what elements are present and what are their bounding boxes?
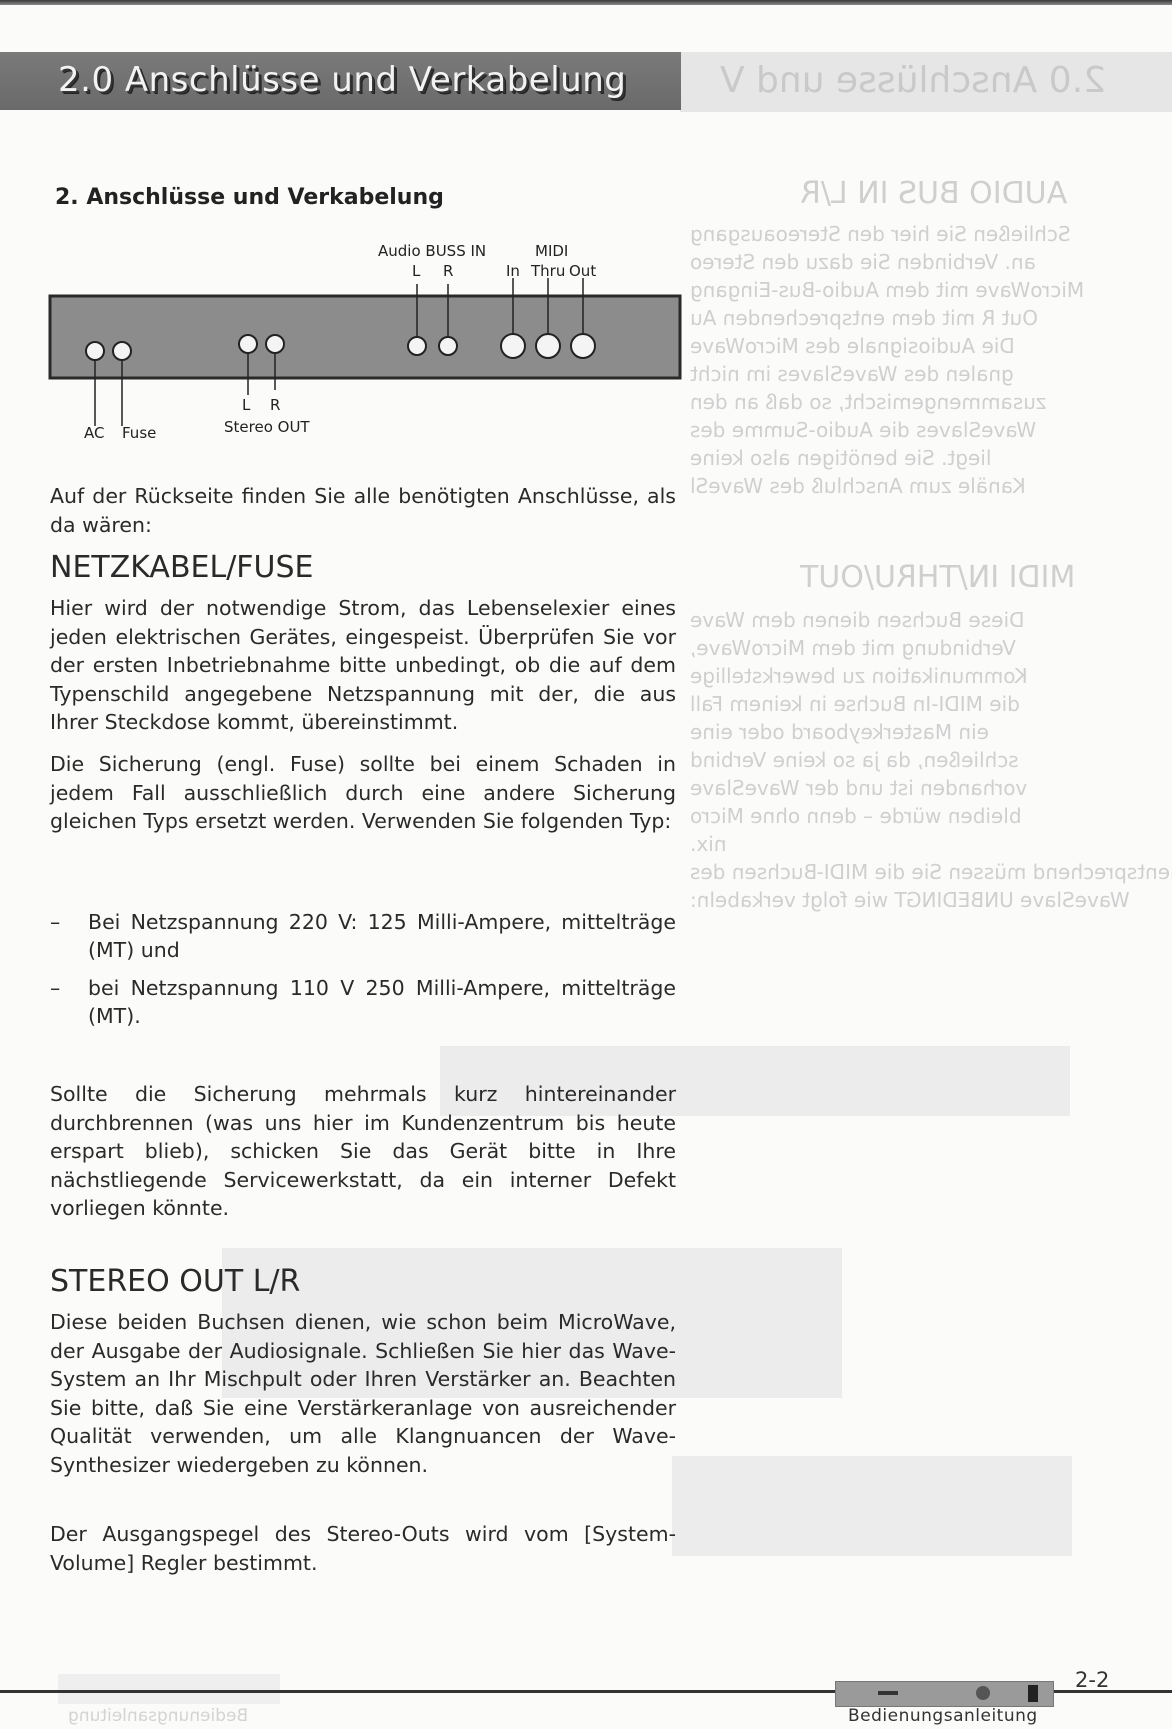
stereo-out-r-jack	[266, 335, 284, 353]
ghost-footer-label: Bedienungsanleitung	[68, 1706, 248, 1726]
label-audio-buss-in: Audio BUSS IN	[378, 242, 486, 260]
ghost-line: MicroWave mit dem Audio-Bus-Eingang	[690, 278, 1084, 302]
ghost-line: gnalen des WaveSlaves im nicht	[690, 362, 1014, 386]
midi-thru-jack	[536, 334, 560, 358]
label-audio-l: L	[412, 262, 420, 280]
ghost-line: schließen, da ja so keine Verbind	[690, 748, 1019, 772]
fuse-holder	[113, 342, 131, 360]
label-stereo-r: R	[270, 396, 280, 414]
ghost-line: Verbindung mit dem MicroWave,	[690, 636, 1016, 660]
label-midi-in: In	[506, 262, 520, 280]
footer-rule	[1052, 1690, 1172, 1693]
ghost-line: Diese Buchsen dienen dem Wave	[690, 608, 1024, 632]
ac-socket	[86, 342, 104, 360]
bullet-text: bei Netzspannung 110 V 250 Milli-Ampere,…	[88, 974, 676, 1030]
ghost-line: WaveSlave UNBEDINGT wie folgt verkabeln:	[690, 888, 1130, 912]
midi-out-jack	[571, 334, 595, 358]
chapter-title: 2.0 Anschlüsse und Verkabelung	[58, 60, 626, 100]
ghost-line: zusammengemischt, so daß an den	[690, 390, 1046, 414]
rear-panel-diagram: Audio BUSS IN L R MIDI In Thru Out L R S…	[48, 240, 688, 440]
ghost-heading-audio-bus: AUDIO BUS IN L/R	[800, 176, 1067, 211]
heading-netzkabel-fuse: NETZKABEL/FUSE	[50, 550, 314, 585]
top-rule	[0, 0, 1172, 5]
page-number: 2-2	[1075, 1668, 1109, 1692]
ghost-line: bleiben würde – denn ohne Micro	[690, 804, 1022, 828]
footer-rule	[0, 1690, 835, 1693]
label-midi-thru: Thru	[531, 262, 565, 280]
bullet-text: Bei Netzspannung 220 V: 125 Milli-Ampere…	[88, 908, 676, 964]
ghost-line: nix.	[690, 832, 726, 856]
paragraph-output-level: Der Ausgangspegel des Stereo-Outs wird v…	[50, 1520, 676, 1577]
audio-buss-in-l-jack	[408, 337, 426, 355]
ghost-line: Dementsprechend müssen Sie die MIDI-Buch…	[690, 860, 1172, 884]
footer-device-image	[835, 1681, 1054, 1707]
ghost-line: Kommunikation zu bewerkstellige	[690, 664, 1028, 688]
intro-paragraph: Auf der Rückseite finden Sie alle benöti…	[50, 482, 676, 539]
paragraph-fuse-warning: Sollte die Sicherung mehrmals kurz hinte…	[50, 1080, 676, 1223]
ghost-line: Kanäle zum Anschluß des WaveSl	[690, 474, 1026, 498]
bullet-dash: –	[50, 974, 60, 1002]
ghost-heading-midi: MIDI IN/THRU/OUT	[800, 560, 1075, 595]
label-audio-r: R	[443, 262, 453, 280]
ghost-line: liegt. Sie benötigen also keine	[690, 446, 991, 470]
ghost-line: die MIDI-In Buchse in keinem Fall	[690, 692, 1020, 716]
ghost-footer-band	[58, 1674, 280, 1704]
label-ac: AC	[84, 424, 104, 442]
device-slider-icon	[878, 1691, 898, 1695]
label-fuse: Fuse	[122, 424, 156, 442]
ghost-line: WaveSlaves die Audio-Summe des	[690, 418, 1036, 442]
bullet-dash: –	[50, 908, 60, 936]
audio-buss-in-r-jack	[439, 337, 457, 355]
footer-label: Bedienungsanleitung	[848, 1706, 1038, 1726]
ghost-line: vorhanden ist und der WaveSlave	[690, 776, 1027, 800]
ghost-keyboard-image	[672, 1456, 1072, 1556]
label-midi: MIDI	[535, 242, 568, 260]
label-stereo-out: Stereo OUT	[224, 418, 310, 436]
label-stereo-l: L	[242, 396, 250, 414]
stereo-out-l-jack	[239, 335, 257, 353]
ghost-line: Out R mit dem entsprechenden Au	[690, 306, 1038, 330]
midi-in-jack	[501, 334, 525, 358]
paragraph-fuse: Die Sicherung (engl. Fuse) sollte bei ei…	[50, 750, 676, 836]
ghost-line: ein Masterkeyboard oder eine	[690, 720, 989, 744]
ghost-line: an. Verbinden Sie dazu den Stereo	[690, 250, 1036, 274]
ghost-header-title: 2.0 Anschlüsse und V	[720, 60, 1106, 101]
paragraph-power: Hier wird der notwendige Strom, das Lebe…	[50, 594, 676, 737]
section-heading: 2. Anschlüsse und Verkabelung	[55, 185, 444, 210]
heading-stereo-out: STEREO OUT L/R	[50, 1264, 300, 1299]
label-midi-out: Out	[569, 262, 596, 280]
paragraph-stereo-out: Diese beiden Buchsen dienen, wie schon b…	[50, 1308, 676, 1479]
ghost-line: Die Audiosignale des MicroWave	[690, 334, 1015, 358]
device-knob-icon	[976, 1686, 990, 1700]
device-display-icon	[1028, 1685, 1038, 1702]
ghost-line: Schließen Sie hier den Stereoausgang	[690, 222, 1071, 246]
